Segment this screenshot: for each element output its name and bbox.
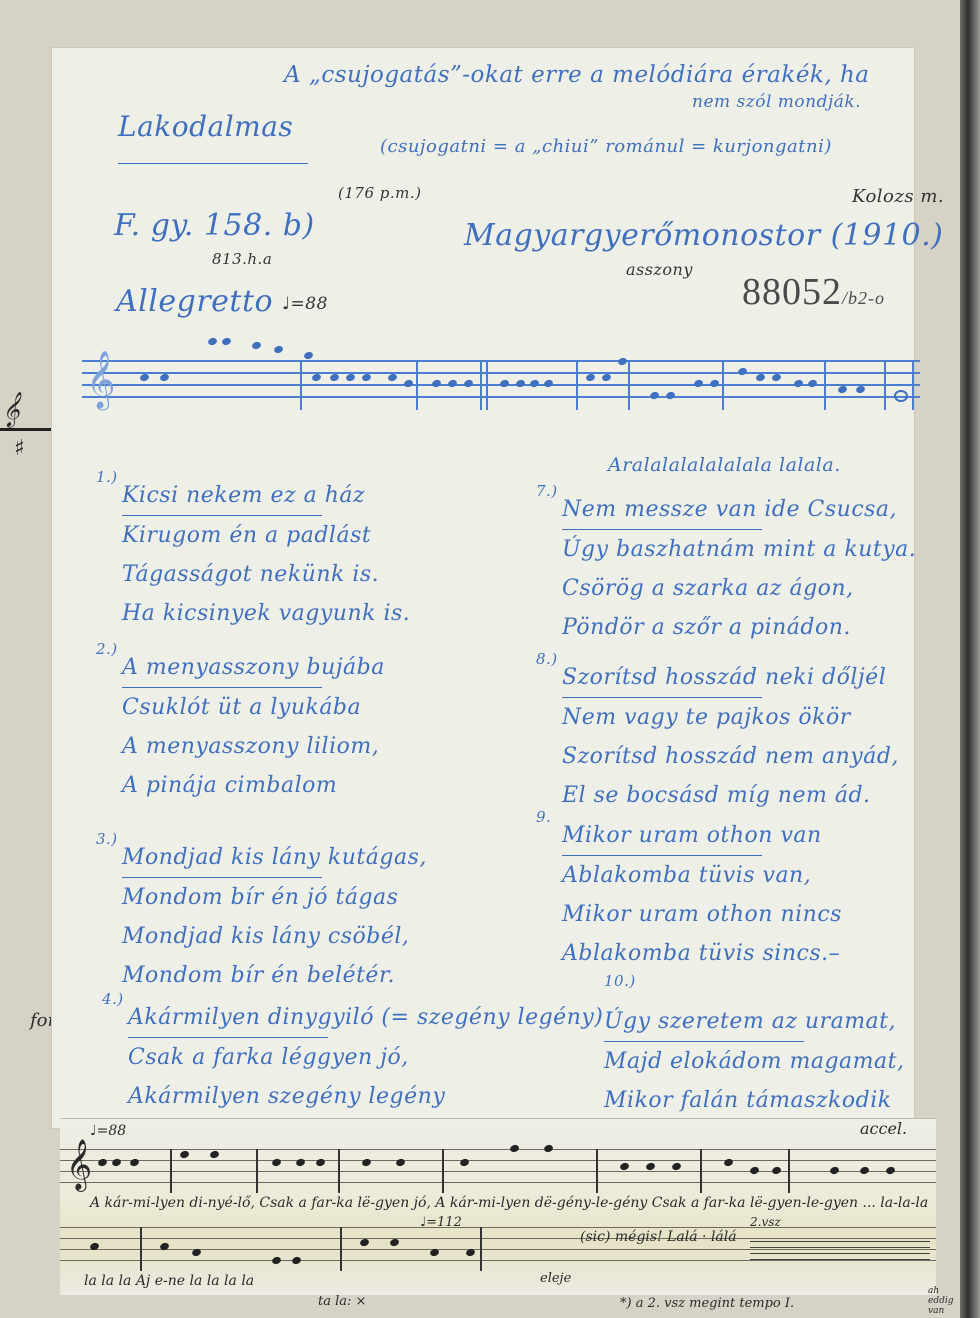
note [645,1162,656,1172]
verse-line: Nem vagy te pajkos ökör [562,698,899,737]
barline [256,1149,258,1193]
note [619,1162,630,1172]
archive-stamp: 88052/b2-o [742,270,885,314]
verse-line: Ablakomba tüvis sincs.– [562,934,842,973]
note [207,337,218,347]
manuscript-sheet: A „csujogatás”-okat erre a melódiára éra… [52,48,914,1128]
note [179,1150,190,1160]
verse-number: 9. [536,808,551,826]
barline [480,360,482,410]
note [329,373,340,383]
verse-line: Mikor uram othon van [562,816,762,856]
strip-lyrics-1: A kár-mi-lyen di-nyé-lő, Csak a far-ka l… [90,1195,928,1211]
strip-staff-1: 𝄞 [60,1149,936,1193]
collection-location: Magyargyerőmonostor (1910.) [464,218,943,253]
note [459,1158,470,1168]
note [431,379,442,389]
note [209,1150,220,1160]
note [617,357,628,367]
verse-line: Úgy szeretem az uramat, [604,1002,804,1042]
note [723,1158,734,1168]
note [159,373,170,383]
final-barline [912,360,914,410]
verse-line: Mikor uram othon nincs [562,895,842,934]
note [251,341,262,351]
verse-line: A menyasszony liliom, [122,727,379,766]
verse-line: Csuklót üt a lyukába [122,688,379,727]
note [129,1158,140,1168]
note [303,351,314,361]
barline [788,1149,790,1193]
barline [824,360,826,410]
catalog-sub: 813.h.a [212,250,272,268]
verse-10: 10.) Úgy szeretem az uramat, Majd elokád… [604,1002,904,1120]
note [359,1238,370,1248]
verse-line: Mondjad kis lány csöbél, [122,917,409,956]
verse-line: Kicsi nekem ez a ház [122,476,322,516]
note [855,385,866,395]
note [749,1166,760,1176]
melody-syllables: Aralalalalalalala lalala. [608,454,841,476]
note [585,373,596,383]
note [529,379,540,389]
header-note-line3: (csujogatni = a „chiui” románul = kurjon… [380,136,832,157]
strophe-2-label: 2.vsz [750,1215,781,1229]
note [693,379,704,389]
note [429,1248,440,1258]
note [273,345,284,355]
verse-number: 8.) [536,650,558,668]
verse-number: 2.) [96,640,118,658]
verse-line: Pöndör a szőr a pinádon. [562,608,916,647]
verse-9: 9. Mikor uram othon van Ablakomba tüvis … [562,816,842,973]
right-margin-note: ah eddig van [928,1286,958,1316]
verse-7: 7.) Nem messze van ide Csucsa, Úgy baszh… [562,490,916,647]
verse-line: Ablakomba tüvis van, [562,856,842,895]
verse-number: 3.) [96,830,118,848]
verse-line: Csak a farka léggyen jó, [128,1038,445,1077]
note [793,379,804,389]
margin-sharp-icon: ♯ [14,436,25,461]
note [649,391,660,401]
barline [576,360,578,410]
note [515,379,526,389]
barline [140,1227,142,1271]
footnote: *) a 2. vsz megint tempo I. [620,1296,794,1311]
verse-line: Szorítsd hosszád neki dőljél [562,658,762,698]
note [159,1242,170,1252]
page-reference: (176 p.m.) [338,184,421,202]
note [755,373,766,383]
note [771,373,782,383]
note [463,379,474,389]
barline [722,360,724,410]
strip-mid-text: (sic) mégis! Lalá · lálá [580,1229,737,1245]
note [315,1158,326,1168]
note [465,1248,476,1258]
barline [338,1149,340,1193]
strip-tempo-2: ♩=112 [420,1215,462,1230]
verse-line: Mondjad kis lány kutágas, [122,838,322,878]
tempo-marking: Allegretto [116,284,273,319]
barline [416,360,418,410]
barline [300,360,302,410]
verse-line: Mondom bír én belétér. [122,956,409,995]
note [361,373,372,383]
verse-number: 7.) [536,482,558,500]
barline [596,1149,598,1193]
verse-line: A pinája cimbalom [122,766,379,805]
note [111,1158,122,1168]
verse-line: Ha kicsinyek vagyunk is. [122,594,410,633]
note [601,373,612,383]
verse-number: 4.) [102,990,124,1008]
verse-line: Szorítsd hosszád nem anyád, [562,737,899,776]
note [295,1158,306,1168]
note [499,379,510,389]
verse-4: 4.) Akármilyen dinygyiló (= szegény legé… [128,998,445,1116]
strip-tempo: ♩=88 [90,1123,126,1139]
header-note-line2: nem szól mondják. [692,92,861,112]
barline [480,1227,482,1271]
note [89,1242,100,1252]
note [387,373,398,383]
note [395,1158,406,1168]
verse-line: Mondom bír én jó tágas [122,878,409,917]
note [271,1158,282,1168]
verse-number: 1.) [96,468,118,486]
singer: asszony [626,260,693,279]
note [221,337,232,347]
barline [628,360,630,410]
eleje-label: eleje [540,1271,571,1286]
note [509,1144,520,1154]
verse-1: 1.) Kicsi nekem ez a ház Kirugom én a pa… [122,476,410,633]
pasted-notation-strip: ♩=88 accel. 𝄞 A kár-mi-lyen di-nyé-lő, [60,1118,936,1295]
verse-line: Kirugom én a padlást [122,516,410,555]
note [671,1162,682,1172]
note [139,373,150,383]
note [291,1256,302,1266]
verse-line: A menyasszony bujába [122,648,322,688]
note [345,373,356,383]
verse-line: Akármilyen dinygyiló (= szegény legény) [128,998,328,1038]
verse-3: 3.) Mondjad kis lány kutágas, Mondom bír… [122,838,409,995]
margin-clef-icon: 𝄞 [2,392,20,427]
accel-marking: accel. [860,1119,907,1138]
note [807,379,818,389]
note [859,1166,870,1176]
melody-staff: 𝄞 [82,360,920,408]
note [191,1248,202,1258]
verse-line: Majd elokádom magamat, [604,1042,904,1081]
tala-note: ta la: × [318,1294,366,1309]
verse-line: El se bocsásd míg nem ád. [562,776,899,815]
note [885,1166,896,1176]
note [665,391,676,401]
verse-line: Nem messze van ide Csucsa, [562,490,762,530]
treble-clef-icon: 𝄞 [66,1139,92,1190]
treble-clef-icon: 𝄞 [86,350,116,409]
note [403,379,414,389]
verse-line: Úgy baszhatnám mint a kutya. [562,530,916,569]
strophe-2-staff [750,1241,930,1265]
frame-edge [960,0,980,1318]
note [543,1144,554,1154]
note [829,1166,840,1176]
barline [486,360,488,410]
stamp-number: 88052 [742,271,842,313]
note [447,379,458,389]
note [389,1238,400,1248]
strip-lyrics-2: la la la Aj e-ne la la la la [84,1273,254,1289]
note [271,1256,282,1266]
verse-line: Akármilyen szegény legény [128,1077,445,1116]
barline [700,1149,702,1193]
verse-8: 8.) Szorítsd hosszád neki dőljél Nem vag… [562,658,899,815]
metronome: ♩=88 [282,294,328,314]
note [311,373,322,383]
note [97,1158,108,1168]
half-note [894,390,908,402]
note [771,1166,782,1176]
barline [442,1149,444,1193]
barline [884,360,886,410]
verse-2: 2.) A menyasszony bujába Csuklót üt a ly… [122,648,379,805]
note [543,379,554,389]
verse-line: Tágasságot nekünk is. [122,555,410,594]
barline [170,1149,172,1193]
note [361,1158,372,1168]
barline [340,1227,342,1271]
county: Kolozs m. [852,186,944,207]
note [737,367,748,377]
catalog-number: F. gy. 158. b) [114,208,315,243]
note [709,379,720,389]
song-title: Lakodalmas [118,110,308,164]
header-note-line1: A „csujogatás”-okat erre a melódiára éra… [284,62,870,88]
verse-line: Csörög a szarka az ágon, [562,569,916,608]
verse-line: Mikor falán támaszkodik [604,1081,904,1120]
verse-number: 10.) [604,972,636,990]
note [837,385,848,395]
stamp-suffix: /b2-o [842,288,885,308]
